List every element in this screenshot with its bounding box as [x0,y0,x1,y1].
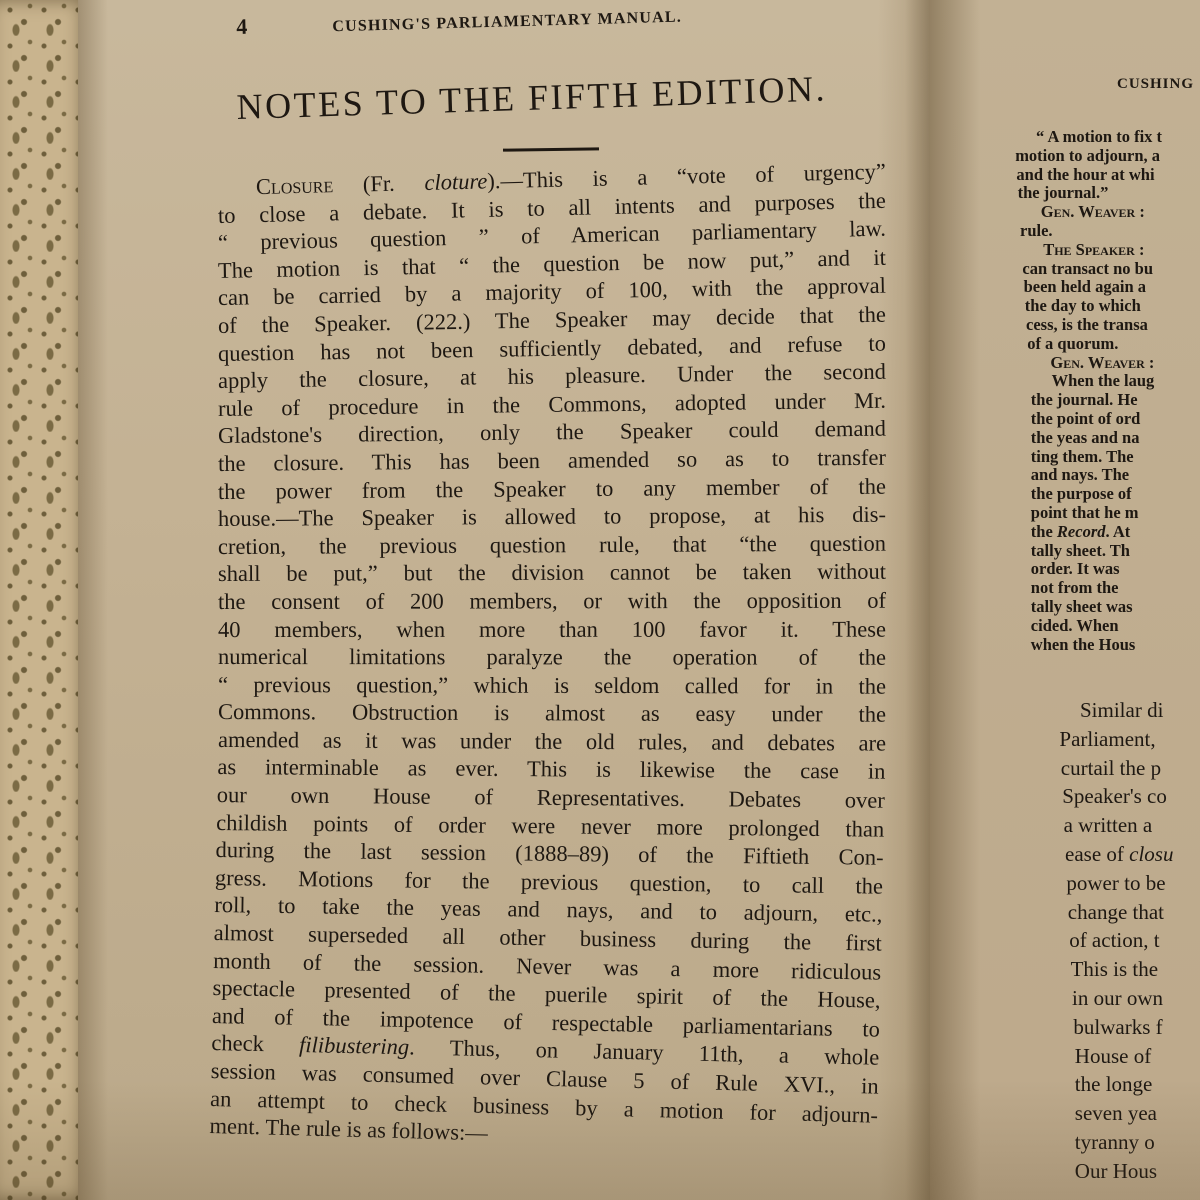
text-line: cretion, the previous question rule, tha… [218,529,886,560]
right-text-line: Speaker's co [1062,782,1173,811]
right-text-line: Parliament, [1059,725,1173,754]
right-text-line: ting them. The [1031,448,1162,467]
right-text-line: The Speaker : [1021,241,1162,260]
right-text-line: order. It was [1031,560,1162,579]
right-text-line: when the Hous [1031,636,1162,655]
right-text-line: the longe [1075,1070,1174,1099]
right-text-line: the Record. At [1031,523,1162,542]
term-closure: Closure [256,172,334,199]
right-text-line: tally sheet. Th [1031,542,1162,561]
right-text-line: House of [1075,1042,1174,1071]
right-text-line: Gen. Weaver : [1028,354,1162,373]
right-text-line: Gen. Weaver : [1019,203,1162,222]
right-text-line: can transact no bu [1022,260,1162,279]
right-text-line: the journal. He [1031,391,1162,410]
text-line: Commons. Obstruction is almost as easy u… [218,698,886,728]
text-line: the power from the Speaker to any member… [218,472,886,505]
right-text-line: This is the [1071,955,1174,984]
right-text-line: When the laug [1030,372,1162,391]
book-photo: 4 CUSHING'S PARLIAMENTARY MANUAL. NOTES … [0,0,1200,1200]
right-text-line: the day to which [1025,297,1162,316]
right-text-line: and the hour at whi [1016,166,1162,185]
text-line: the consent of 200 members, or with the … [218,587,886,616]
right-text-line: point that he m [1031,504,1162,523]
right-text-line: in our own [1072,984,1173,1013]
right-text-line: rule. [1020,222,1162,241]
text-line: shall be put,” but the division cannot b… [218,558,886,588]
text-line: “ previous question,” which is seldom ca… [218,671,886,700]
right-page-text-bottom: Similar diParliament,curtail the pSpeake… [1058,696,1173,1186]
right-text-line: cided. When [1031,617,1162,636]
right-text-line: the journal.” [1018,184,1162,203]
text-line: amended as it was under the old rules, a… [218,726,886,757]
right-text-line: seven yea [1075,1099,1174,1128]
right-text-line: the purpose of [1031,485,1162,504]
right-text-line: Similar di [1058,696,1173,725]
right-text-line: a written a [1064,811,1174,840]
term-cloture: cloture [424,168,487,195]
right-text-line: power to be [1066,869,1173,898]
right-text-line: change that [1068,898,1174,927]
right-text-line: and nays. The [1031,466,1162,485]
right-text-line: curtail the p [1061,754,1174,783]
right-text-line: been held again a [1024,278,1162,297]
body-text: Closure (Fr. cloture).—This is a “vote o… [218,174,886,1140]
right-text-line: ease of closu [1065,840,1173,869]
right-text-line: of a quorum. [1027,335,1162,354]
right-running-header: CUSHING [1117,76,1194,93]
right-text-line: tyranny o [1075,1128,1174,1157]
right-text-line: not from the [1031,579,1162,598]
right-page-text-top: “ A motion to fix tmotion to adjourn, aa… [1014,128,1162,654]
text-line: 40 members, when more than 100 favor it.… [218,615,886,643]
text-line: house.—The Speaker is allowed to propose… [218,501,886,533]
right-text-line: cess, is the transa [1026,316,1162,335]
text-line: numerical limitations paralyze the opera… [218,643,886,671]
right-text-line: Our Hous [1075,1157,1174,1186]
right-text-line: tally sheet was [1031,598,1162,617]
right-text-line: bulwarks f [1073,1013,1173,1042]
term-filibustering: filibustering [299,1032,410,1059]
right-text-line: the yeas and na [1031,429,1162,448]
page-number: 4 [236,11,333,40]
right-text-line: of action, t [1069,926,1173,955]
right-text-line: the point of ord [1031,410,1162,429]
right-text-line: “ A motion to fix t [1014,128,1162,147]
right-text-line: motion to adjourn, a [1015,147,1162,166]
